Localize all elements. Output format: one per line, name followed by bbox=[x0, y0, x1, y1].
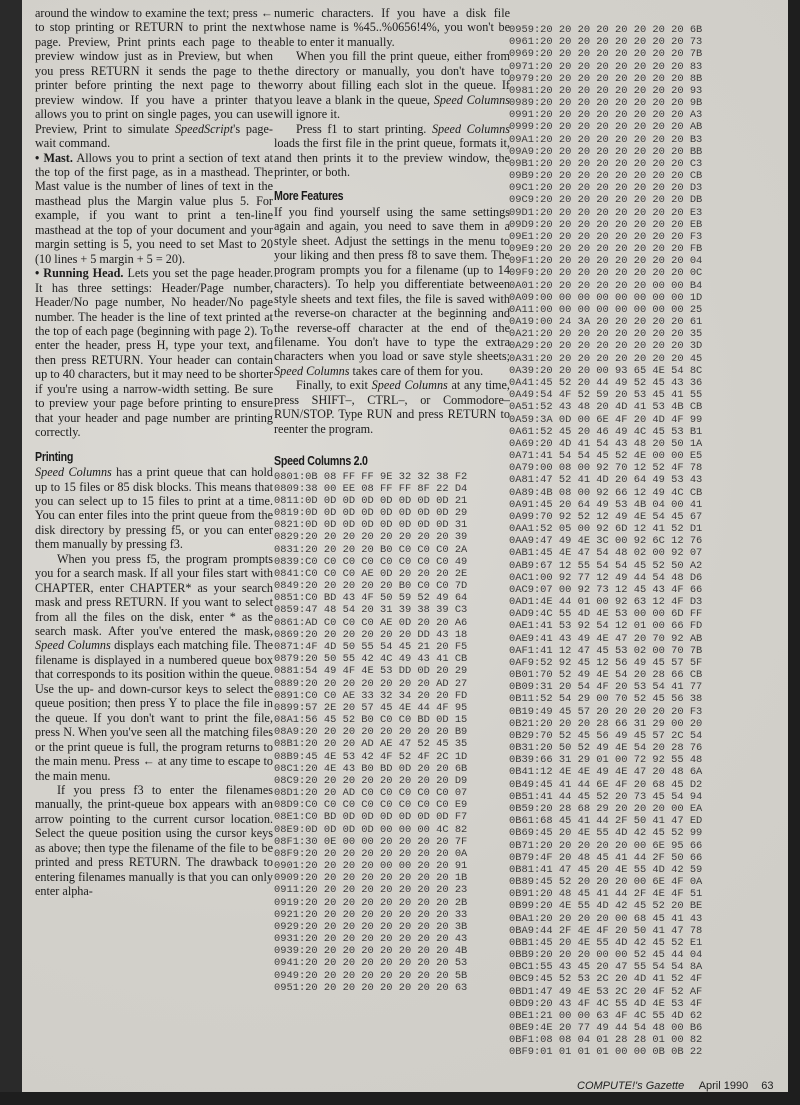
hex-line: 0931:20 20 20 20 20 20 20 20 43 bbox=[274, 933, 510, 945]
hex-line: 0879:20 50 55 42 4C 49 43 41 CB bbox=[274, 653, 510, 665]
hex-line: 09F1:20 20 20 20 20 20 20 20 04 bbox=[509, 255, 702, 267]
hex-line: 0A69:20 4D 41 54 43 48 20 50 1A bbox=[509, 438, 702, 450]
page-footer: COMPUTE!'s Gazette April 1990 63 bbox=[577, 1080, 774, 1092]
hex-line: 08C9:20 20 20 20 20 20 20 20 D9 bbox=[274, 775, 510, 787]
hex-line: 0BE1:21 00 00 63 4F 4C 55 4D 62 bbox=[509, 1010, 702, 1022]
hex-line: 0801:0B 08 FF FF 9E 32 32 38 F2 bbox=[274, 471, 510, 483]
italic-text: Speed Columns bbox=[434, 93, 510, 107]
hex-line: 0911:20 20 20 20 20 20 20 20 23 bbox=[274, 884, 510, 896]
hex-line: 08F1:30 0E 00 00 20 20 20 20 7F bbox=[274, 836, 510, 848]
hex-line: 09E9:20 20 20 20 20 20 20 20 FB bbox=[509, 243, 702, 255]
hex-line: 0A11:00 00 00 00 00 00 00 00 25 bbox=[509, 304, 702, 316]
article-column-2: numeric characters. If you have a disk f… bbox=[274, 6, 510, 994]
hex-line: 0959:20 20 20 20 20 20 20 20 6B bbox=[509, 24, 702, 36]
hex-line: 0961:20 20 20 20 20 20 20 20 73 bbox=[509, 36, 702, 48]
hex-line: 08F9:20 20 20 20 20 20 20 20 0A bbox=[274, 848, 510, 860]
hex-line: 0B21:20 20 20 28 66 31 29 00 20 bbox=[509, 718, 702, 730]
scan-edge-bottom bbox=[0, 1092, 800, 1105]
hex-line: 0B39:66 31 29 01 00 72 92 55 48 bbox=[509, 754, 702, 766]
hex-line: 0B99:20 4E 55 4D 42 45 52 20 BE bbox=[509, 900, 702, 912]
hex-line: 08D9:C0 C0 C0 C0 C0 C0 C0 C0 E9 bbox=[274, 799, 510, 811]
article-column-1: around the window to examine the text; p… bbox=[35, 6, 273, 899]
hex-line: 0971:20 20 20 20 20 20 20 20 83 bbox=[509, 61, 702, 73]
text: around the window to examine the text; p… bbox=[35, 6, 273, 136]
hex-line: 0AC9:07 00 92 73 12 45 43 4F 66 bbox=[509, 584, 702, 596]
hex-line: 0A79:00 08 00 92 70 12 52 4F 78 bbox=[509, 462, 702, 474]
hex-line: 09D9:20 20 20 20 20 20 20 20 EB bbox=[509, 219, 702, 231]
hex-line: 0BB1:45 20 4E 55 4D 42 45 52 E1 bbox=[509, 937, 702, 949]
hex-line: 0849:20 20 20 20 20 B0 C0 C0 7D bbox=[274, 580, 510, 592]
hex-line: 09B1:20 20 20 20 20 20 20 20 C3 bbox=[509, 158, 702, 170]
hex-line: 09E1:20 20 20 20 20 20 20 20 F3 bbox=[509, 231, 702, 243]
hex-line: 0819:0D 0D 0D 0D 0D 0D 0D 0D 29 bbox=[274, 507, 510, 519]
text: loads the first file in the print queue,… bbox=[274, 136, 510, 179]
hex-line: 0AE9:41 43 49 4E 47 20 70 92 AB bbox=[509, 633, 702, 645]
hex-listing-middle: 0801:0B 08 FF FF 9E 32 32 38 F20809:38 0… bbox=[274, 471, 510, 994]
hex-line: 0821:0D 0D 0D 0D 0D 0D 0D 0D 31 bbox=[274, 519, 510, 531]
hex-line: 0A61:52 45 20 46 49 4C 45 53 B1 bbox=[509, 426, 702, 438]
text: takes care of them for you. bbox=[350, 364, 484, 378]
hex-listing-right: 0959:20 20 20 20 20 20 20 20 6B0961:20 2… bbox=[509, 24, 702, 1059]
paragraph: Finally, to exit Speed Columns at any ti… bbox=[274, 378, 510, 436]
hex-line: 0919:20 20 20 20 20 20 20 20 2B bbox=[274, 897, 510, 909]
hex-line: 0901:20 20 20 20 00 00 20 20 91 bbox=[274, 860, 510, 872]
hex-line: 09F9:20 20 20 20 20 20 20 20 0C bbox=[509, 267, 702, 279]
italic-text: Speed Columns bbox=[35, 465, 112, 479]
hex-line: 0969:20 20 20 20 20 20 20 20 7B bbox=[509, 48, 702, 60]
hex-line: 08E9:0D 0D 0D 0D 00 00 00 4C 82 bbox=[274, 824, 510, 836]
hex-line: 08E1:C0 BD 0D 0D 0D 0D 0D 0D F7 bbox=[274, 811, 510, 823]
hex-line: 0B69:45 20 4E 55 4D 42 45 52 99 bbox=[509, 827, 702, 839]
text: If you find yourself using the same sett… bbox=[274, 205, 510, 364]
hex-line: 09B9:20 20 20 20 20 20 20 20 CB bbox=[509, 170, 702, 182]
paragraph: If you press f3 to enter the filenames m… bbox=[35, 783, 273, 899]
text: Finally, to exit bbox=[296, 378, 372, 392]
magazine-page: around the window to examine the text; p… bbox=[22, 0, 792, 1092]
hex-line: 0921:20 20 20 20 20 20 20 20 33 bbox=[274, 909, 510, 921]
hex-line: 09A9:20 20 20 20 20 20 20 20 BB bbox=[509, 146, 702, 158]
hex-line: 0B01:70 52 49 4E 54 20 28 66 CB bbox=[509, 669, 702, 681]
hex-line: 0BF1:08 08 04 01 28 28 01 00 82 bbox=[509, 1034, 702, 1046]
hex-line: 0B19:49 45 57 20 20 20 20 20 F3 bbox=[509, 706, 702, 718]
hex-line: 0A91:45 20 64 49 53 4B 04 00 41 bbox=[509, 499, 702, 511]
hex-line: 0B79:4F 20 48 45 41 44 2F 50 66 bbox=[509, 852, 702, 864]
hex-line: 0909:20 20 20 20 20 20 20 20 1B bbox=[274, 872, 510, 884]
hex-line: 0BC1:55 43 45 20 47 55 54 54 8A bbox=[509, 961, 702, 973]
section-heading-more-features: More Features bbox=[274, 189, 475, 203]
hex-line: 0A21:20 20 20 20 20 20 20 20 35 bbox=[509, 328, 702, 340]
hex-line: 0A01:20 20 20 20 20 20 00 00 B4 bbox=[509, 280, 702, 292]
hex-line: 0AB9:67 12 55 54 54 45 52 50 A2 bbox=[509, 560, 702, 572]
hex-line: 0B51:41 44 45 52 20 73 45 54 94 bbox=[509, 791, 702, 803]
text: displays each matching file. The filenam… bbox=[35, 638, 273, 782]
mast-paragraph: • Mast. Allows you to print a section of… bbox=[35, 151, 273, 267]
hex-line: 0B09:31 20 54 4F 20 53 54 41 77 bbox=[509, 681, 702, 693]
hex-line: 0BE9:4E 20 77 49 44 54 48 00 B6 bbox=[509, 1022, 702, 1034]
hex-line: 0BD9:20 43 4F 4C 55 4D 4E 53 4F bbox=[509, 998, 702, 1010]
hex-line: 09C9:20 20 20 20 20 20 20 20 DB bbox=[509, 194, 702, 206]
hex-line: 0851:C0 BD 43 4F 50 59 52 49 64 bbox=[274, 592, 510, 604]
hex-line: 0A99:70 92 52 12 49 4E 54 45 67 bbox=[509, 511, 702, 523]
hex-line: 0B49:45 41 44 6E 4F 20 68 45 D2 bbox=[509, 779, 702, 791]
hex-line: 0869:20 20 20 20 20 20 DD 43 18 bbox=[274, 629, 510, 641]
text: Allows you to print a section of text at… bbox=[35, 151, 273, 266]
term-label: • Running Head. bbox=[35, 266, 123, 280]
paragraph: Press f1 to start printing. Speed Column… bbox=[274, 122, 510, 180]
hex-line: 0811:0D 0D 0D 0D 0D 0D 0D 0D 21 bbox=[274, 495, 510, 507]
listing-heading: Speed Columns 2.0 bbox=[274, 454, 475, 468]
hex-line: 0929:20 20 20 20 20 20 20 20 3B bbox=[274, 921, 510, 933]
hex-line: 0BF9:01 01 01 01 00 00 0B 0B 22 bbox=[509, 1046, 702, 1058]
hex-line: 0A09:00 00 00 00 00 00 00 00 1D bbox=[509, 292, 702, 304]
hex-line: 0AA1:52 05 00 92 6D 12 41 52 D1 bbox=[509, 523, 702, 535]
hex-line: 0B59:20 28 68 29 20 20 20 00 EA bbox=[509, 803, 702, 815]
hex-line: 0A49:54 4F 52 59 20 53 45 41 55 bbox=[509, 389, 702, 401]
paragraph: Speed Columns has a print queue that can… bbox=[35, 465, 273, 552]
hex-line: 0991:20 20 20 20 20 20 20 20 A3 bbox=[509, 109, 702, 121]
hex-line: 0A71:41 54 54 45 52 4E 00 00 E5 bbox=[509, 450, 702, 462]
hex-line: 08A9:20 20 20 20 20 20 20 20 B9 bbox=[274, 726, 510, 738]
hex-line: 0BA9:44 2F 4E 4F 20 50 41 47 78 bbox=[509, 925, 702, 937]
hex-line: 0B61:68 45 41 44 2F 50 41 47 ED bbox=[509, 815, 702, 827]
hex-line: 0829:20 20 20 20 20 20 20 20 39 bbox=[274, 531, 510, 543]
italic-text: Speed Columns bbox=[274, 364, 350, 378]
hex-line: 0941:20 20 20 20 20 20 20 20 53 bbox=[274, 957, 510, 969]
hex-line: 09A1:20 20 20 20 20 20 20 20 B3 bbox=[509, 134, 702, 146]
hex-line: 0BA1:20 20 20 20 00 68 45 41 43 bbox=[509, 913, 702, 925]
section-heading-printing: Printing bbox=[35, 450, 237, 464]
hex-line: 0949:20 20 20 20 20 20 20 20 5B bbox=[274, 970, 510, 982]
hex-line: 0859:47 48 54 20 31 39 38 39 C3 bbox=[274, 604, 510, 616]
hex-line: 0841:C0 C0 C0 AE 0D 20 20 20 2E bbox=[274, 568, 510, 580]
hex-line: 0BB9:20 20 20 00 00 52 45 44 04 bbox=[509, 949, 702, 961]
hex-line: 0809:38 00 EE 08 FF FF 8F 22 D4 bbox=[274, 483, 510, 495]
hex-line: 0939:20 20 20 20 20 20 20 20 4B bbox=[274, 945, 510, 957]
hex-line: 08B1:20 20 20 AD AE 47 52 45 35 bbox=[274, 738, 510, 750]
text: Press f1 to start printing. bbox=[296, 122, 432, 136]
hex-line: 0871:4F 4D 50 55 54 45 21 20 F5 bbox=[274, 641, 510, 653]
hex-line: 08A1:56 45 52 B0 C0 C0 BD 0D 15 bbox=[274, 714, 510, 726]
term-label: • Mast. bbox=[35, 151, 73, 165]
hex-line: 0989:20 20 20 20 20 20 20 20 9B bbox=[509, 97, 702, 109]
hex-line: 0881:54 49 4F 4E 53 DD 0D 20 29 bbox=[274, 665, 510, 677]
hex-line: 0AF1:41 12 47 45 53 02 00 70 7B bbox=[509, 645, 702, 657]
hex-line: 0B29:70 52 45 56 49 45 57 2C 54 bbox=[509, 730, 702, 742]
page-number: 63 bbox=[761, 1080, 773, 1092]
hex-line: 0AE1:41 53 92 54 12 01 00 66 FD bbox=[509, 620, 702, 632]
hex-line: 0979:20 20 20 20 20 20 20 20 8B bbox=[509, 73, 702, 85]
italic-text: Speed Columns bbox=[432, 122, 510, 136]
hex-line: 0A19:00 24 3A 20 20 20 20 20 61 bbox=[509, 316, 702, 328]
hex-line: 0B89:45 52 20 20 20 00 6E 4F 0A bbox=[509, 876, 702, 888]
hex-line: 0A81:47 52 41 4D 20 64 49 53 43 bbox=[509, 474, 702, 486]
hex-line: 0891:C0 C0 AE 33 32 34 20 20 FD bbox=[274, 690, 510, 702]
paragraph: If you find yourself using the same sett… bbox=[274, 205, 510, 378]
text: Lets you set the page header. It has thr… bbox=[35, 266, 273, 439]
hex-line: 0A31:20 20 20 20 20 20 20 20 45 bbox=[509, 353, 702, 365]
hex-line: 0A51:52 43 48 20 4D 41 53 4B CB bbox=[509, 401, 702, 413]
hex-line: 09D1:20 20 20 20 20 20 20 20 E3 bbox=[509, 207, 702, 219]
hex-line: 0B71:20 20 20 20 20 00 6E 95 66 bbox=[509, 840, 702, 852]
hex-line: 0AF9:52 92 45 12 56 49 45 57 5F bbox=[509, 657, 702, 669]
hex-line: 0A29:20 20 20 20 20 20 20 20 3D bbox=[509, 340, 702, 352]
hex-line: 0BD1:47 49 4E 53 2C 20 4F 52 AF bbox=[509, 986, 702, 998]
hex-line: 09C1:20 20 20 20 20 20 20 20 D3 bbox=[509, 182, 702, 194]
hex-line: 0B31:20 50 52 49 4E 54 20 28 76 bbox=[509, 742, 702, 754]
hex-line: 0839:C0 C0 C0 C0 C0 C0 C0 C0 49 bbox=[274, 556, 510, 568]
italic-text: Speed Columns bbox=[372, 378, 448, 392]
hex-line: 0AA9:47 49 4E 3C 00 92 6C 12 76 bbox=[509, 535, 702, 547]
hex-line: 08C1:20 4E 43 B0 BD 0D 20 20 6B bbox=[274, 763, 510, 775]
hex-line: 0A41:45 52 20 44 49 52 45 43 36 bbox=[509, 377, 702, 389]
hex-line: 08B9:45 4E 53 42 4F 52 4F 2C 1D bbox=[274, 751, 510, 763]
hex-line: 0AD9:4C 55 4D 4E 53 00 00 6D FF bbox=[509, 608, 702, 620]
hex-line: 0999:20 20 20 20 20 20 20 20 AB bbox=[509, 121, 702, 133]
running-head-paragraph: • Running Head. Lets you set the page he… bbox=[35, 266, 273, 439]
hex-line: 0B41:12 4E 4E 49 4E 47 20 48 6A bbox=[509, 766, 702, 778]
text: When you press f5, the program prompts y… bbox=[35, 552, 273, 638]
scan-edge-right bbox=[788, 0, 800, 1105]
hex-line: 0951:20 20 20 20 20 20 20 20 63 bbox=[274, 982, 510, 994]
text: will ignore it. bbox=[274, 107, 340, 121]
hex-line: 0AD1:4E 44 01 00 92 63 12 4F D3 bbox=[509, 596, 702, 608]
hex-line: 0B91:20 48 45 41 44 2F 4E 4F 51 bbox=[509, 888, 702, 900]
hex-line: 0A39:20 20 20 00 93 65 4E 54 8C bbox=[509, 365, 702, 377]
hex-line: 0B81:41 47 45 20 4E 55 4D 42 59 bbox=[509, 864, 702, 876]
hex-line: 0B11:52 54 29 00 70 52 45 56 38 bbox=[509, 693, 702, 705]
magazine-name: COMPUTE!'s Gazette bbox=[577, 1080, 684, 1092]
hex-line: 0BC9:45 52 53 2C 20 4D 41 52 4F bbox=[509, 973, 702, 985]
hex-line: 0831:20 20 20 20 B0 C0 C0 C0 2A bbox=[274, 544, 510, 556]
hex-line: 0AB1:45 4E 47 54 48 02 00 92 07 bbox=[509, 547, 702, 559]
hex-line: 08D1:20 20 AD C0 C0 C0 C0 C0 07 bbox=[274, 787, 510, 799]
hex-line: 0861:AD C0 C0 C0 AE 0D 20 20 A6 bbox=[274, 617, 510, 629]
paragraph: When you press f5, the program prompts y… bbox=[35, 552, 273, 783]
hex-line: 0A59:3A 0D 00 6E 4F 20 4D 4F 99 bbox=[509, 414, 702, 426]
hex-line: 0899:57 2E 20 57 45 4E 44 4F 95 bbox=[274, 702, 510, 714]
paragraph: When you fill the print queue, either fr… bbox=[274, 49, 510, 121]
issue-date: April 1990 bbox=[699, 1080, 749, 1092]
paragraph: around the window to examine the text; p… bbox=[35, 6, 273, 151]
italic-text: SpeedScript bbox=[175, 122, 233, 136]
hex-line: 0981:20 20 20 20 20 20 20 20 93 bbox=[509, 85, 702, 97]
hex-line: 0A89:4B 08 00 92 66 12 49 4C CB bbox=[509, 487, 702, 499]
paragraph: numeric characters. If you have a disk f… bbox=[274, 6, 510, 49]
hex-line: 0889:20 20 20 20 20 20 20 AD 27 bbox=[274, 678, 510, 690]
hex-line: 0AC1:00 92 77 12 49 44 54 48 D6 bbox=[509, 572, 702, 584]
italic-text: Speed Columns bbox=[35, 638, 111, 652]
